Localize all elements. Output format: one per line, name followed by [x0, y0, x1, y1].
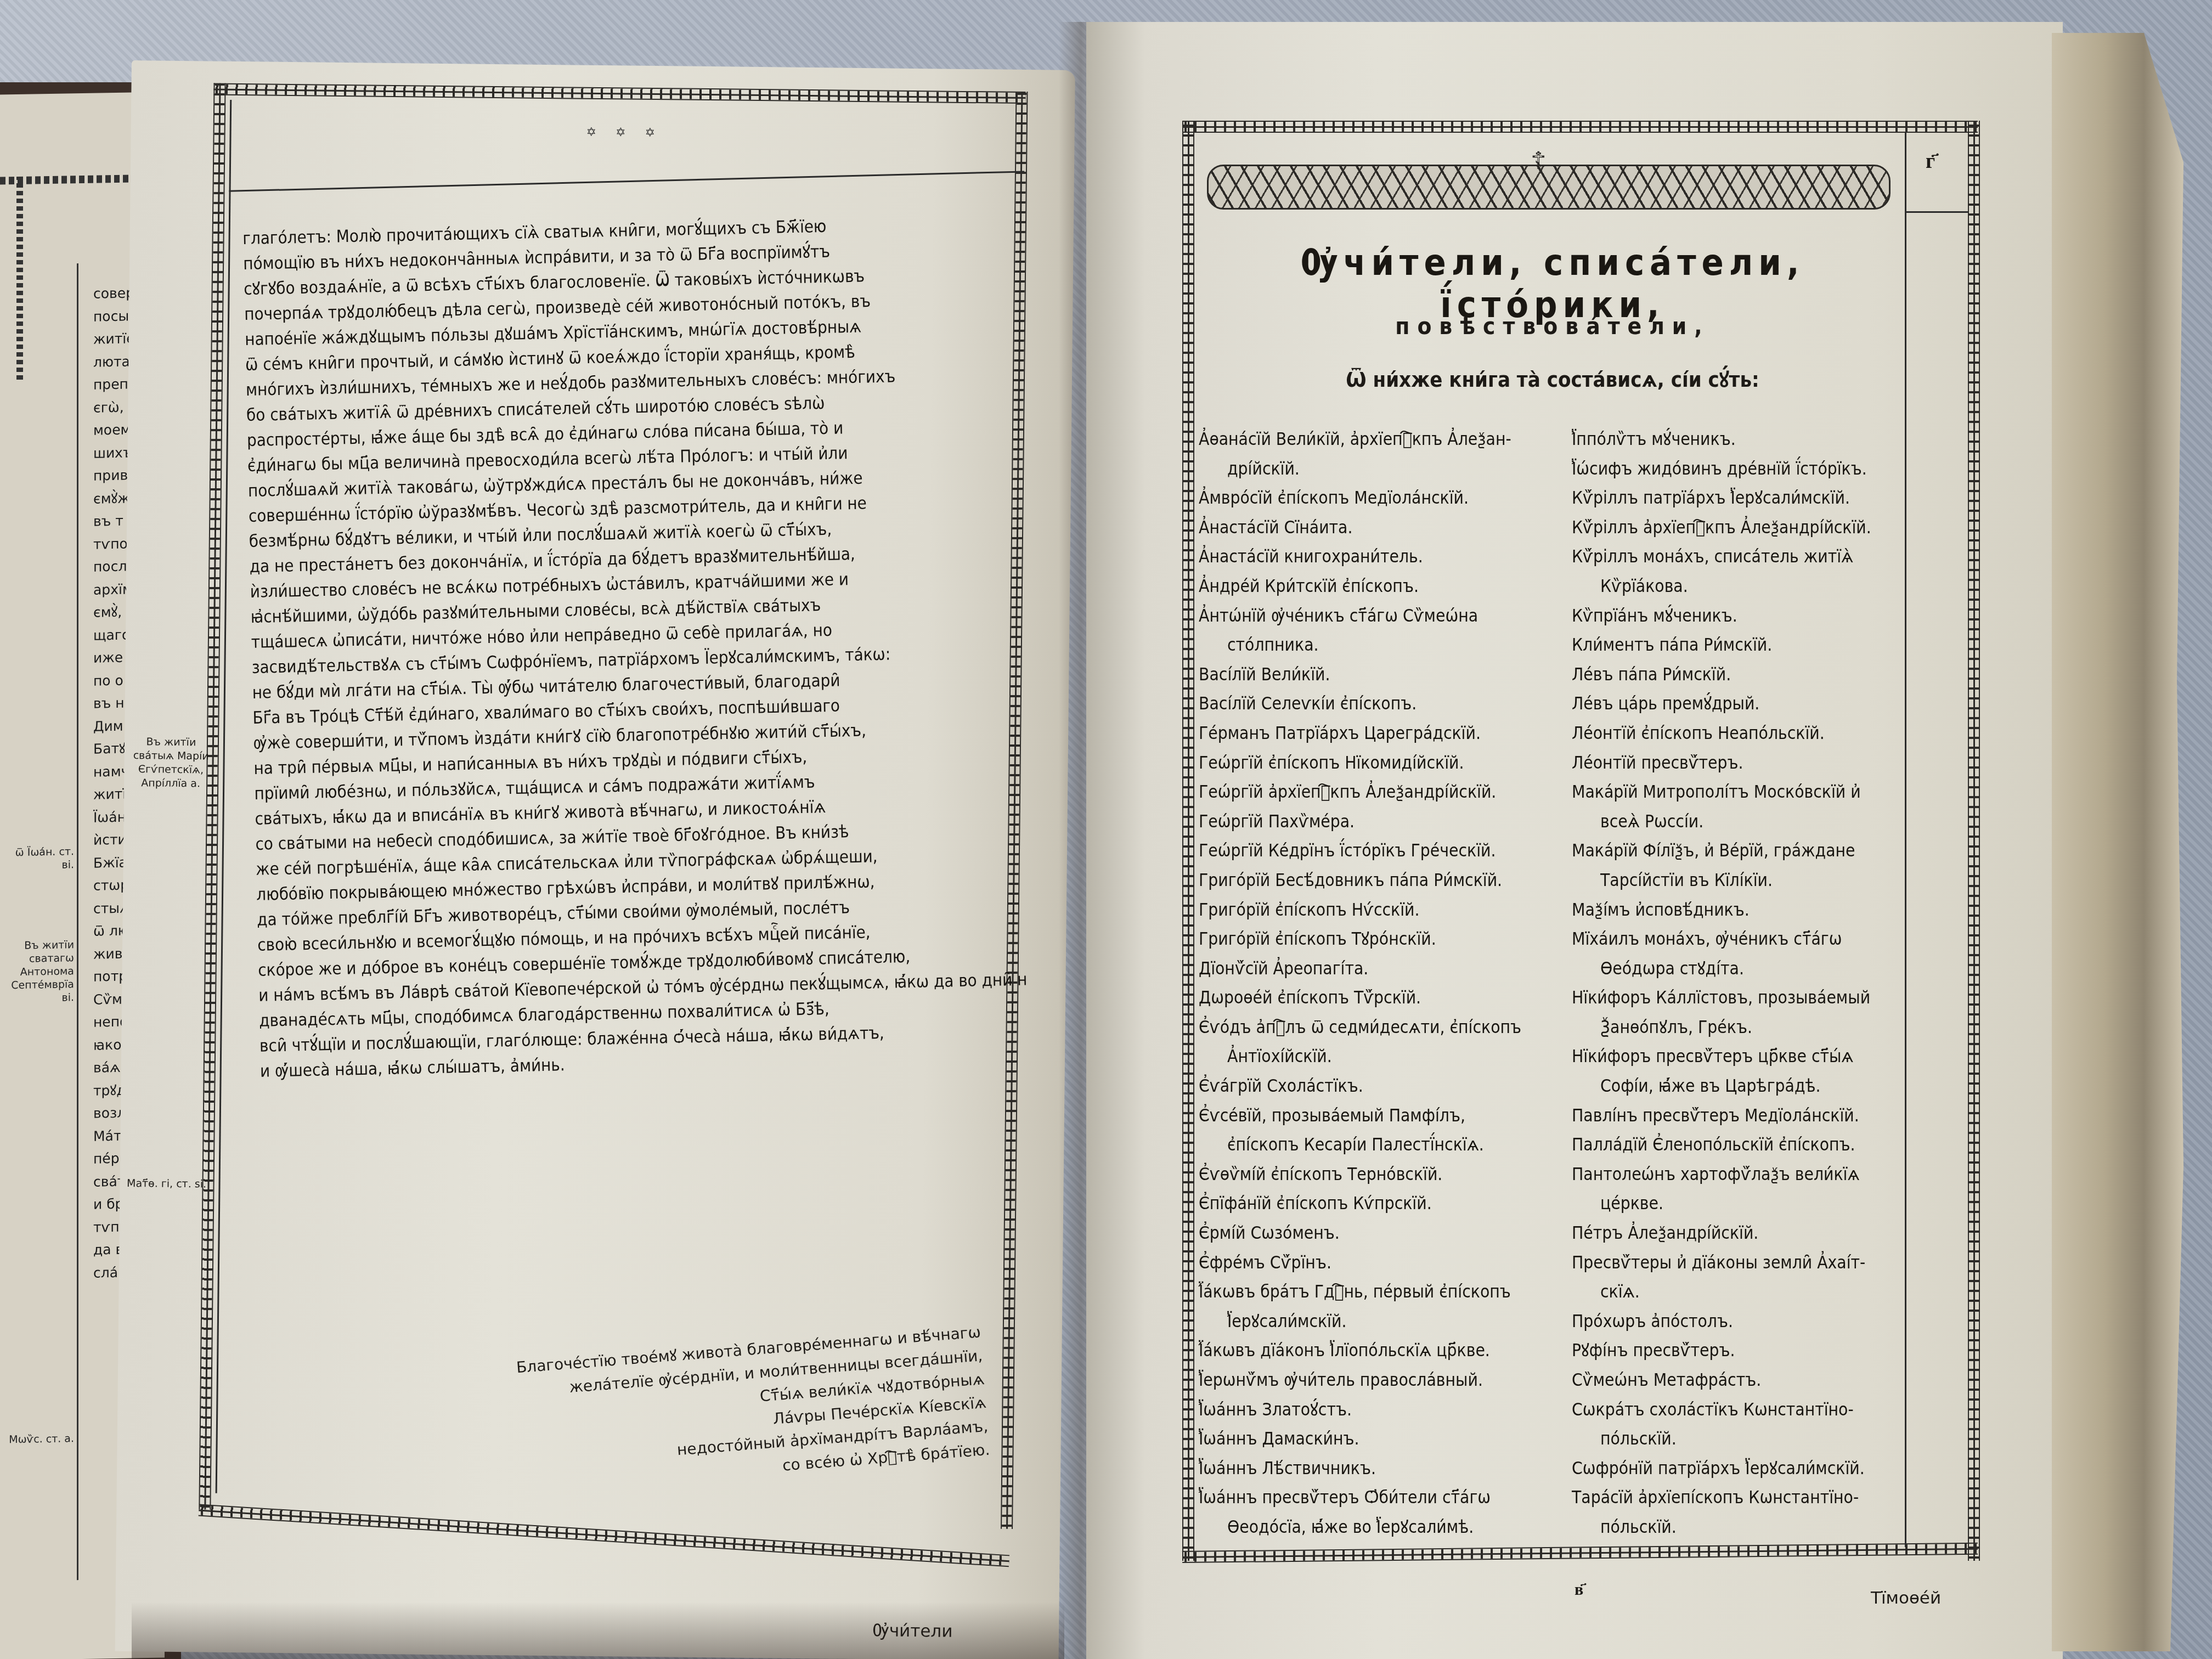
chain-border-left: [16, 177, 23, 380]
list-item: А҆наста́сїй Сїна́ита.: [1199, 513, 1555, 543]
list-item: Дїонѷ́сїй А҆реопагі́та.: [1199, 955, 1555, 984]
right-page: г҃ ☦ Ѹ҆чи́тели, списа́тели, ї́сто́рики, …: [1086, 22, 2063, 1659]
author-name: Ї҆ѡа́ннъ Златоꙋ́стъ.: [1199, 1400, 1352, 1420]
page-number: г҃: [1926, 148, 1935, 173]
author-name: Кли́ментъ па́па Ри́мскїй.: [1572, 635, 1772, 655]
author-name: Кѷ́ріллъ мона́хъ, списа́тель житїѧ̀: [1572, 547, 1853, 567]
chain-border-top: [1182, 121, 1978, 133]
list-item: А҆мвро́сїй є҆пі́скопъ Медїола́нскїй.: [1199, 484, 1555, 513]
author-name: Мака́рїй Митрополі́тъ Моско́вскїй и҆: [1572, 782, 1861, 802]
author-name: А҆ндре́й Кри́тскїй є҆пі́скопъ.: [1199, 577, 1419, 596]
author-name: Кѷ́ріллъ патрїа́рхъ Ї҆ерꙋсали́мскїй.: [1572, 488, 1850, 508]
author-name: Є҆ѵо́дъ а҆пⷭ҇лъ ѿ седми́десѧти, є҆пі́ско…: [1199, 1018, 1521, 1037]
author-name: Дїонѷ́сїй А҆реопагі́та.: [1199, 959, 1368, 979]
margin-note-mary-of-egypt: Въ житїи сва́тыѧ Марі́и Єгѵ́петскїѧ, Апр…: [129, 735, 212, 791]
list-item: Маѯі́мъ и҆сповѣ́дникъ.: [1572, 896, 1901, 926]
list-item: А҆ѳана́сїй Вели́кїй, а҆рхїепⷭ҇кпъ А҆леѯа…: [1199, 425, 1555, 484]
cross-icon: ☦: [1531, 147, 1547, 175]
margin-note: Въ житїи сватагѡ Антонома Септе́мврїа ві…: [0, 938, 74, 1005]
author-name: Пе́тръ А҆леѯандрі́йскїй.: [1572, 1223, 1758, 1243]
ornamental-headpiece: [1207, 165, 1891, 210]
list-item: Мака́рїй Фі́лїѯъ, и҆ Ве́рїй, гра́жданеТа…: [1572, 837, 1901, 895]
list-item: Палла́дїй Є҆ленопо́льскїй є҆пі́скопъ.: [1572, 1131, 1901, 1160]
author-name: Ї́а́кѡвъ бра́тъ Гдⷭ҇нь, пе́рвый є҆пі́ско…: [1199, 1282, 1511, 1302]
list-item: Є҆рмі́й Сѡзо́менъ.: [1199, 1219, 1555, 1249]
list-item: Ле́онтїй є҆пі́скопъ Неапо́льскїй.: [1572, 719, 1901, 749]
author-name: Є҆фре́мъ Сѷ́рїнъ.: [1199, 1253, 1331, 1273]
author-name: Ї҆ѡа́ннъ Дамаски́нъ.: [1199, 1429, 1359, 1449]
page-number-rule: [1906, 211, 1968, 213]
author-name: Васі́лїй Вели́кїй.: [1199, 665, 1330, 685]
list-item: Кли́ментъ па́па Ри́мскїй.: [1572, 631, 1901, 661]
list-item: Нїки́форъ Ка́ллїстовъ, прозыва́емыйѮанѳо…: [1572, 984, 1901, 1042]
author-name-continuation: по́льскїй.: [1572, 1513, 1901, 1543]
author-name: А҆наста́сїй Сїна́ита.: [1199, 518, 1352, 538]
list-item: Кѷ́ріллъ патрїа́рхъ Ї҆ерꙋсали́мскїй.: [1572, 484, 1901, 513]
list-item: Пресвѷ́теры и҆ дїа́коны земли̑ А҆хаі́т-с…: [1572, 1249, 1901, 1307]
list-item: Кѷ́ріллъ мона́хъ, списа́тель житїѧ̀Кѷрїа…: [1572, 543, 1901, 601]
list-item: Є҆ѵѳѷмі́й є҆пі́скопъ Терно́вскїй.: [1199, 1160, 1555, 1190]
star-ornaments: ✡ ✡ ✡: [586, 126, 663, 140]
chain-border-right: [1968, 121, 1980, 1561]
dedication-signature: Благоче́стїю твое́мꙋ живота̀ благовре́ме…: [460, 1320, 991, 1501]
author-name-continuation: є҆пі́скопъ Кесарі́и Палестї́нскїѧ.: [1199, 1131, 1555, 1160]
author-name: Ле́онтїй пресвѷ́теръ.: [1572, 753, 1743, 773]
list-item: Є҆ѵсе́вїй, прозыва́емый Памфі́лъ,є҆пі́ск…: [1199, 1102, 1555, 1160]
author-name: Кѷпрїа́нъ мꙋ́ченикъ.: [1572, 606, 1737, 626]
author-name: Мака́рїй Фі́лїѯъ, и҆ Ве́рїй, гра́ждане: [1572, 841, 1855, 861]
list-item: Є҆пїфа́нїй є҆пі́скопъ Кѵ́прскїй.: [1199, 1189, 1555, 1219]
list-item: Пантолеѡ́нъ хартофѷ́лаѯъ вели́кїѧце́ркве…: [1572, 1160, 1901, 1219]
author-name: Є҆ѵѳѷмі́й є҆пі́скопъ Терно́вскїй.: [1199, 1165, 1442, 1184]
author-name-continuation: Ї҆ерꙋсали́мскїй.: [1199, 1307, 1555, 1337]
author-name: Є҆ѵа́грїй Схола́стїкъ.: [1199, 1076, 1363, 1096]
author-name-continuation: по́льскїй.: [1572, 1425, 1901, 1454]
author-name: Ле́въ па́па Ри́мскїй.: [1572, 665, 1731, 685]
list-item: Кѷпрїа́нъ мꙋ́ченикъ.: [1572, 602, 1901, 631]
author-name: Геѡ́ргїй є҆пі́скопъ Нїкомиді́йскїй.: [1199, 753, 1464, 773]
chain-border-bottom: [199, 1504, 1009, 1567]
list-item: Про́хѡръ а҆по́столъ.: [1572, 1307, 1901, 1337]
author-name: Ї҆ѡа́ннъ пресвѷ́теръ Ѻ҆би́тели ст҃а́гѡ: [1199, 1488, 1491, 1508]
author-name: А҆ѳана́сїй Вели́кїй, а҆рхїепⷭ҇кпъ А҆леѯа…: [1199, 430, 1511, 449]
author-name: Є҆пїфа́нїй є҆пі́скопъ Кѵ́прскїй.: [1199, 1194, 1432, 1214]
author-name: Пресвѷ́теры и҆ дїа́коны земли̑ А҆хаі́т-: [1572, 1253, 1865, 1273]
author-name: Є҆рмі́й Сѡзо́менъ.: [1199, 1223, 1340, 1243]
section-subtitle: повѣствова́тели,: [1201, 313, 1904, 340]
author-name-continuation: Кѷрїа́кова.: [1572, 572, 1901, 602]
list-item: Геѡ́ргїй а҆рхїепⷭ҇кпъ А҆леѯандрі́йскїй.: [1199, 778, 1555, 808]
list-item: Ї́а́кѡвъ дїа́конъ Ї҆лїопо́льскїѧ цр҃кве.: [1199, 1336, 1555, 1366]
author-name: Сѷмеѡ́нъ Метафра́стъ.: [1572, 1370, 1761, 1390]
author-name-continuation: Ѳеодо́сїа, ꙗ҆́же во Ї҆ерꙋсали́мѣ.: [1199, 1513, 1555, 1543]
left-page: ✡ ✡ ✡ глаго́летъ: Молю̀ прочита́ющихъ сї…: [115, 60, 1075, 1659]
author-name: Ї҆ерѡнѷ́мъ ѹ҆чи́тель правосла́вный.: [1199, 1370, 1483, 1390]
author-name: Нїки́форъ Ка́ллїстовъ, прозыва́емый: [1572, 988, 1870, 1008]
authors-list-left: А҆ѳана́сїй Вели́кїй, а҆рхїепⷭ҇кпъ А҆леѯа…: [1199, 425, 1555, 1543]
author-name: А҆наста́сїй книгохрани́тель.: [1199, 547, 1423, 567]
list-item: Васі́лїй Вели́кїй.: [1199, 661, 1555, 690]
author-name: Ї҆ѡа́ннъ Лѣ́ствичникъ.: [1199, 1459, 1376, 1479]
list-item: Ге́рманъ Патрїа́рхъ Царегра́дскїй.: [1199, 719, 1555, 749]
author-name: Ї҆ппо́лѷтъ мꙋ́ченикъ.: [1572, 430, 1736, 449]
author-name: Ї҆ѡ́сифъ жидо́винъ дре́внїй ї́сто́рїкъ.: [1572, 459, 1867, 479]
list-item: Мїха́илъ мона́хъ, ѹ҆че́никъ ст҃а́гѡѲео́д…: [1572, 925, 1901, 984]
list-item: Рꙋфі́нъ пресвѷ́теръ.: [1572, 1336, 1901, 1366]
list-item: Ї҆ѡа́ннъ пресвѷ́теръ Ѻ҆би́тели ст҃а́гѡѲе…: [1199, 1483, 1555, 1542]
author-name-continuation: сто́лпника.: [1199, 631, 1555, 661]
list-item: Сѷмеѡ́нъ Метафра́стъ.: [1572, 1366, 1901, 1396]
author-name-continuation: Тарсі́йстїи въ Кїлі́кїи.: [1572, 866, 1901, 896]
authors-list-right: Ї҆ппо́лѷтъ мꙋ́ченикъ.Ї҆ѡ́сифъ жидо́винъ …: [1572, 425, 1901, 1543]
list-item: Григо́рїй є҆пі́скопъ Тꙋро́нскїй.: [1199, 925, 1555, 955]
author-name-continuation: Ѯанѳо́пꙋлъ, Гре́къ.: [1572, 1013, 1901, 1043]
author-name: Сѡкра́тъ схола́стїкъ Кѡнстантїно-: [1572, 1400, 1854, 1420]
author-name: Григо́рїй Бесѣ́довникъ па́па Ри́мскїй.: [1199, 871, 1502, 890]
list-item: Тара́сїй а҆рхїепі́скопъ Кѡнстантїно-по́л…: [1572, 1483, 1901, 1542]
author-name-continuation: А҆нтїохі́йскїй.: [1199, 1042, 1555, 1072]
author-name: Павлі́нъ пресвѷ́теръ Медїола́нскїй.: [1572, 1106, 1859, 1126]
list-item: Ле́въ па́па Ри́мскїй.: [1572, 661, 1901, 690]
list-item: Сѡкра́тъ схола́стїкъ Кѡнстантїно-по́льск…: [1572, 1396, 1901, 1454]
list-item: Є҆ѵо́дъ а҆пⷭ҇лъ ѿ седми́десѧти, є҆пі́ско…: [1199, 1013, 1555, 1072]
author-name: Нїки́форъ пресвѷ́теръ цр҃кве ст҃ы́ѧ: [1572, 1047, 1854, 1066]
list-item: Мака́рїй Митрополі́тъ Моско́вскїй и҆всеѧ…: [1572, 778, 1901, 837]
list-item: Пе́тръ А҆леѯандрі́йскїй.: [1572, 1219, 1901, 1249]
author-name: Маѯі́мъ и҆сповѣ́дникъ.: [1572, 900, 1750, 920]
author-name: Геѡ́ргїй Пахѷме́ра.: [1199, 812, 1355, 832]
author-name-continuation: всеѧ̀ Рѡссі́и.: [1572, 808, 1901, 837]
margin-note: Мѡѷс. ст. а.: [0, 1432, 74, 1446]
list-item: Ї҆ѡа́ннъ Златоꙋ́стъ.: [1199, 1396, 1555, 1425]
author-name: Григо́рїй є҆пі́скопъ Нѵ́сскїй.: [1199, 900, 1419, 920]
chain-border-left: [199, 83, 225, 1510]
catchword: Тїмоѳе́й: [1871, 1588, 1941, 1608]
list-item: Ї҆ѡ́сифъ жидо́винъ дре́внїй ї́сто́рїкъ.: [1572, 455, 1901, 484]
author-name: А҆мвро́сїй є҆пі́скопъ Медїола́нскїй.: [1199, 488, 1469, 508]
list-item: А҆ндре́й Кри́тскїй є҆пі́скопъ.: [1199, 572, 1555, 602]
list-item: А҆наста́сїй книгохрани́тель.: [1199, 543, 1555, 572]
author-name: Є҆ѵсе́вїй, прозыва́емый Памфі́лъ,: [1199, 1106, 1465, 1126]
chain-border-left: [1182, 121, 1194, 1561]
list-item: Є҆фре́мъ Сѷ́рїнъ.: [1199, 1249, 1555, 1278]
author-name: Пантолеѡ́нъ хартофѷ́лаѯъ вели́кїѧ: [1572, 1165, 1860, 1184]
author-name-continuation: Софі́и, ꙗ҆́же въ Царѣгра́дѣ.: [1572, 1072, 1901, 1102]
margin-note: ѿ Їѡа́н. ст. ві.: [0, 845, 74, 872]
list-item: Геѡ́ргїй Ке́дрїнъ ї́сто́рїкъ Гре́ческїй.: [1199, 837, 1555, 866]
author-name: Григо́рїй є҆пі́скопъ Тꙋро́нскїй.: [1199, 929, 1436, 949]
column-rule: [77, 263, 78, 1580]
author-name-continuation: скїѧ.: [1572, 1278, 1901, 1307]
author-name-continuation: Ѳео́дѡра стꙋді́та.: [1572, 955, 1901, 984]
preface-text: глаго́летъ: Молю̀ прочита́ющихъ сїѧ̀ сва…: [242, 210, 1028, 1084]
list-item: Павлі́нъ пресвѷ́теръ Медїола́нскїй.: [1572, 1102, 1901, 1131]
author-name: Кѷ́ріллъ а҆рхїепⷭ҇кпъ А҆леѯандрі́йскїй.: [1572, 518, 1871, 538]
list-item: Ї҆ппо́лѷтъ мꙋ́ченикъ.: [1572, 425, 1901, 455]
signature-mark: в҃: [1575, 1580, 1583, 1599]
page-number-column-rule: [1905, 132, 1906, 1547]
author-name: Геѡ́ргїй Ке́дрїнъ ї́сто́рїкъ Гре́ческїй.: [1199, 841, 1496, 861]
author-name: Дѡроѳе́й є҆пі́скопъ Тѷ́рскїй.: [1199, 988, 1421, 1008]
author-name: Ї́а́кѡвъ дїа́конъ Ї҆лїопо́льскїѧ цр҃кве.: [1199, 1341, 1490, 1361]
list-item: Ле́въ ца́рь премꙋ́дрый.: [1572, 690, 1901, 719]
list-item: Геѡ́ргїй є҆пі́скопъ Нїкомиді́йскїй.: [1199, 749, 1555, 778]
list-item: Кѷ́ріллъ а҆рхїепⷭ҇кпъ А҆леѯандрі́йскїй.: [1572, 513, 1901, 543]
margin-note-matthew: Мат҃ѳ. гі, ст. ѕі.: [125, 1177, 207, 1192]
list-item: Григо́рїй Бесѣ́довникъ па́па Ри́мскїй.: [1199, 866, 1555, 896]
list-item: Ї́а́кѡвъ бра́тъ Гдⷭ҇нь, пе́рвый є҆пі́ско…: [1199, 1278, 1555, 1336]
list-item: Ї҆ѡа́ннъ Лѣ́ствичникъ.: [1199, 1454, 1555, 1484]
author-name: Васі́лїй Селеѵкі́и є҆пі́скопъ.: [1199, 694, 1417, 714]
chain-border-top: [213, 83, 1025, 104]
list-item: Геѡ́ргїй Пахѷме́ра.: [1199, 808, 1555, 837]
author-name-continuation: дрі́йскїй.: [1199, 455, 1555, 484]
author-name: Про́хѡръ а҆по́столъ.: [1572, 1312, 1733, 1331]
list-item: Григо́рїй є҆пі́скопъ Нѵ́сскїй.: [1199, 896, 1555, 926]
list-item: Дѡроѳе́й є҆пі́скопъ Тѷ́рскїй.: [1199, 984, 1555, 1013]
list-item: Ї҆ерѡнѷ́мъ ѹ҆чи́тель правосла́вный.: [1199, 1366, 1555, 1396]
bottom-shadow: [132, 1602, 1064, 1659]
author-name: Палла́дїй Є҆ленопо́льскїй є҆пі́скопъ.: [1572, 1135, 1855, 1155]
header-rule: [229, 171, 1024, 191]
author-name: Тара́сїй а҆рхїепі́скопъ Кѡнстантїно-: [1572, 1488, 1859, 1508]
list-item: А҆нтѡ́нїй ѹ҆че́никъ ст҃а́гѡ Сѷмеѡ́насто́…: [1199, 602, 1555, 661]
author-name: Рꙋфі́нъ пресвѷ́теръ.: [1572, 1341, 1735, 1361]
list-item: Ле́онтїй пресвѷ́теръ.: [1572, 749, 1901, 778]
chain-border-bottom: [1182, 1543, 1978, 1563]
author-name-continuation: це́ркве.: [1572, 1189, 1901, 1219]
list-item: Нїки́форъ пресвѷ́теръ цр҃кве ст҃ы́ѧСофі́…: [1572, 1042, 1901, 1101]
author-name: А҆нтѡ́нїй ѹ҆че́никъ ст҃а́гѡ Сѷмеѡ́на: [1199, 606, 1478, 626]
list-item: Ї҆ѡа́ннъ Дамаски́нъ.: [1199, 1425, 1555, 1454]
author-name: Мїха́илъ мона́хъ, ѹ҆че́никъ ст҃а́гѡ: [1572, 929, 1842, 949]
list-item: Сѡфро́нїй патрїа́рхъ Ї҆ерꙋсали́мскїй.: [1572, 1454, 1901, 1484]
page-stack-edge: [2052, 33, 2183, 1651]
list-item: Васі́лїй Селеѵкі́и є҆пі́скопъ.: [1199, 690, 1555, 719]
section-intro: Ѿ ни́хже кни́га та̀ соста́висѧ, сі́и сꙋ́…: [1201, 365, 1904, 393]
author-name: Ге́рманъ Патрїа́рхъ Царегра́дскїй.: [1199, 724, 1481, 743]
author-name: Сѡфро́нїй патрїа́рхъ Ї҆ерꙋсали́мскїй.: [1572, 1459, 1865, 1479]
author-name: Ле́въ ца́рь премꙋ́дрый.: [1572, 694, 1759, 714]
author-name: Ле́онтїй є҆пі́скопъ Неапо́льскїй.: [1572, 724, 1825, 743]
author-name: Геѡ́ргїй а҆рхїепⷭ҇кпъ А҆леѯандрі́йскїй.: [1199, 782, 1496, 802]
list-item: Є҆ѵа́грїй Схола́стїкъ.: [1199, 1072, 1555, 1102]
